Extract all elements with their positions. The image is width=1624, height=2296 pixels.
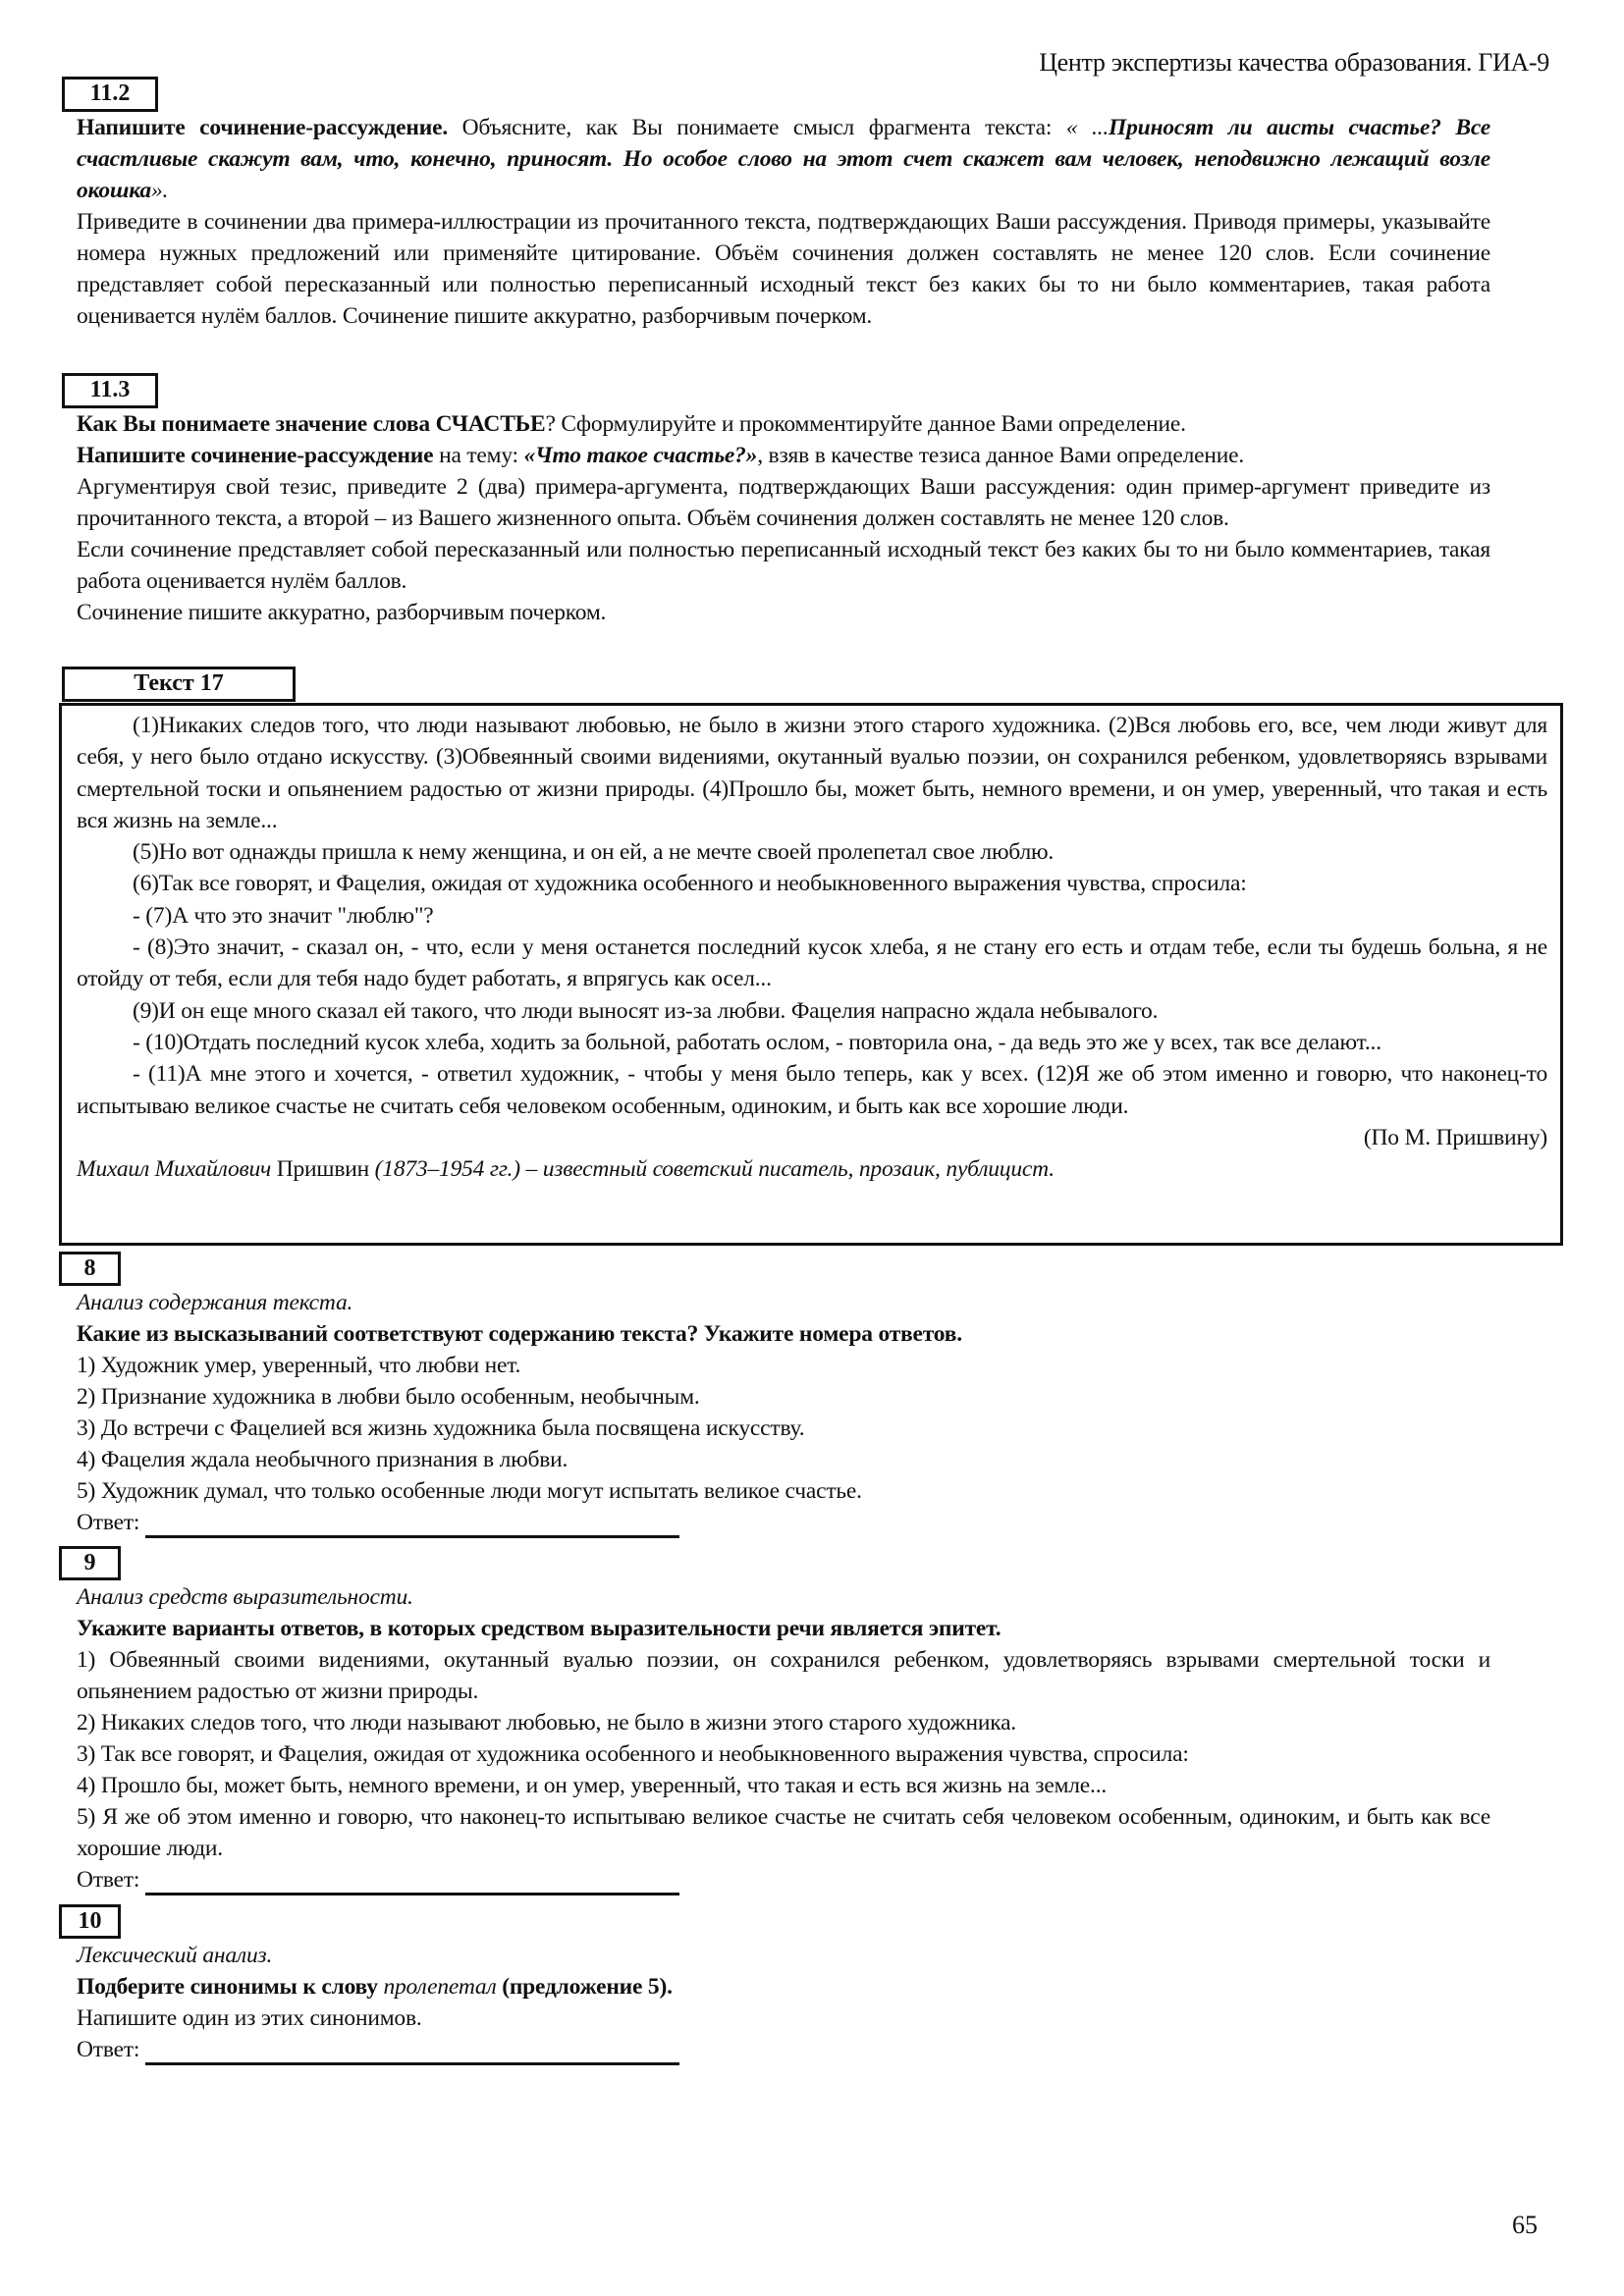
task-8-option: 5) Художник думал, что только особенные … xyxy=(77,1475,1490,1507)
task-11-3-text: Как Вы понимаете значение слова СЧАСТЬЕ?… xyxy=(77,408,1490,628)
text-17-label: Текст 17 xyxy=(62,667,296,702)
task-8-option: 2) Признание художника в любви было особ… xyxy=(77,1381,1490,1413)
task-11-2-text: Напишите сочинение-рассуждение. Объяснит… xyxy=(77,112,1490,332)
task-8-answer-row: Ответ: xyxy=(77,1507,1490,1538)
task-10-category: Лексический анализ. xyxy=(77,1940,1490,1971)
task-8-category: Анализ содержания текста. xyxy=(77,1287,1490,1318)
task-9-category: Анализ средств выразительности. xyxy=(77,1581,1490,1613)
task-11-3-instruction-rest: , взяв в качестве тезиса данное Вами опр… xyxy=(757,443,1244,468)
answer-label: Ответ: xyxy=(77,2034,139,2065)
task-9-option: 5) Я же об этом именно и говорю, что нак… xyxy=(77,1801,1490,1864)
text-source: (По М. Пришвину) xyxy=(77,1122,1547,1153)
task-number-11-2: 11.2 xyxy=(62,77,158,112)
task-9-option: 2) Никаких следов того, что люди называю… xyxy=(77,1707,1490,1738)
task-8-option: 3) До встречи с Фацелией вся жизнь худож… xyxy=(77,1413,1490,1444)
author-bio: (1873–1954 гг.) – известный советский пи… xyxy=(375,1156,1055,1182)
task-number-9: 9 xyxy=(59,1546,121,1580)
task-10-instruction: Напишите один из этих синонимов. xyxy=(77,2002,1490,2034)
task-10-text: Лексический анализ. Подберите синонимы к… xyxy=(77,1940,1490,2065)
page-header: Центр экспертизы качества образования. Г… xyxy=(962,47,1549,79)
task-11-3-body-3: Сочинение пишите аккуратно, разборчивым … xyxy=(77,597,1490,628)
task-9-option: 4) Прошло бы, может быть, немного времен… xyxy=(77,1770,1490,1801)
task-8-question: Какие из высказываний соответствуют соде… xyxy=(77,1318,1490,1350)
task-8-answer-field[interactable] xyxy=(145,1510,679,1538)
text-paragraph: (1)Никаких следов того, что люди называю… xyxy=(77,710,1547,836)
task-11-2-lead-text: Объясните, как Вы понимаете смысл фрагме… xyxy=(448,115,1066,140)
task-10-answer-row: Ответ: xyxy=(77,2034,1490,2065)
task-11-3-body-1: Аргументируя свой тезис, приведите 2 (дв… xyxy=(77,471,1490,534)
text-paragraph: - (10)Отдать последний кусок хлеба, ходи… xyxy=(77,1027,1547,1058)
task-9-option: 3) Так все говорят, и Фацелия, ожидая от… xyxy=(77,1738,1490,1770)
task-8-option: 1) Художник умер, уверенный, что любви н… xyxy=(77,1350,1490,1381)
task-11-3-instruction-text: на тему: xyxy=(433,443,523,468)
text-paragraph: - (7)А что это значит "люблю"? xyxy=(77,900,1547,932)
task-11-3-question-rest: ? Сформулируйте и прокомментируйте данно… xyxy=(545,411,1185,437)
task-10-question-part-2: (предложение 5). xyxy=(497,1974,673,2000)
text-paragraph: (6)Так все говорят, и Фацелия, ожидая от… xyxy=(77,868,1547,899)
text-paragraph: - (8)Это значит, - сказал он, - что, есл… xyxy=(77,932,1547,995)
author-surname: Пришвин xyxy=(271,1156,375,1182)
text-paragraph: - (11)А мне этого и хочется, - ответил х… xyxy=(77,1058,1547,1122)
task-9-answer-row: Ответ: xyxy=(77,1864,1490,1896)
task-10-answer-field[interactable] xyxy=(145,2037,679,2065)
task-11-3-instruction: Напишите сочинение-рассуждение xyxy=(77,443,433,468)
task-number-10: 10 xyxy=(59,1904,121,1939)
task-9-option: 1) Обвеянный своими видениями, окутанный… xyxy=(77,1644,1490,1707)
quote-open: « ... xyxy=(1066,115,1109,140)
text-paragraph: (9)И он еще много сказал ей такого, что … xyxy=(77,995,1547,1027)
task-10-question-part-1: Подберите синонимы к слову xyxy=(77,1974,383,2000)
text-paragraph: (5)Но вот однажды пришла к нему женщина,… xyxy=(77,836,1547,868)
task-10-question: Подберите синонимы к слову пролепетал (п… xyxy=(77,1971,1490,2002)
task-number-11-3: 11.3 xyxy=(62,373,158,408)
task-number-8: 8 xyxy=(59,1252,121,1286)
task-9-answer-field[interactable] xyxy=(145,1867,679,1896)
text-17-body: (1)Никаких следов того, что люди называю… xyxy=(77,710,1547,1185)
task-8-option: 4) Фацелия ждала необычного признания в … xyxy=(77,1444,1490,1475)
task-9-text: Анализ средств выразительности. Укажите … xyxy=(77,1581,1490,1896)
task-9-question: Укажите варианты ответов, в которых сред… xyxy=(77,1613,1490,1644)
answer-label: Ответ: xyxy=(77,1507,139,1538)
quote-close: ». xyxy=(151,178,168,203)
task-10-target-word: пролепетал xyxy=(383,1974,496,2000)
task-11-3-question: Как Вы понимаете значение слова СЧАСТЬЕ xyxy=(77,411,545,437)
page-number: 65 xyxy=(1512,2211,1538,2240)
task-11-3-body-2: Если сочинение представляет собой переск… xyxy=(77,534,1490,597)
author-first-names: Михаил Михайлович xyxy=(77,1156,271,1182)
answer-label: Ответ: xyxy=(77,1864,139,1896)
author-note: Михаил Михайлович Пришвин (1873–1954 гг.… xyxy=(77,1153,1547,1185)
task-11-3-topic: «Что такое счастье?» xyxy=(524,443,758,468)
task-8-text: Анализ содержания текста. Какие из выска… xyxy=(77,1287,1490,1538)
task-11-2-body: Приведите в сочинении два примера-иллюст… xyxy=(77,206,1490,332)
task-11-2-lead: Напишите сочинение-рассуждение. xyxy=(77,115,448,140)
